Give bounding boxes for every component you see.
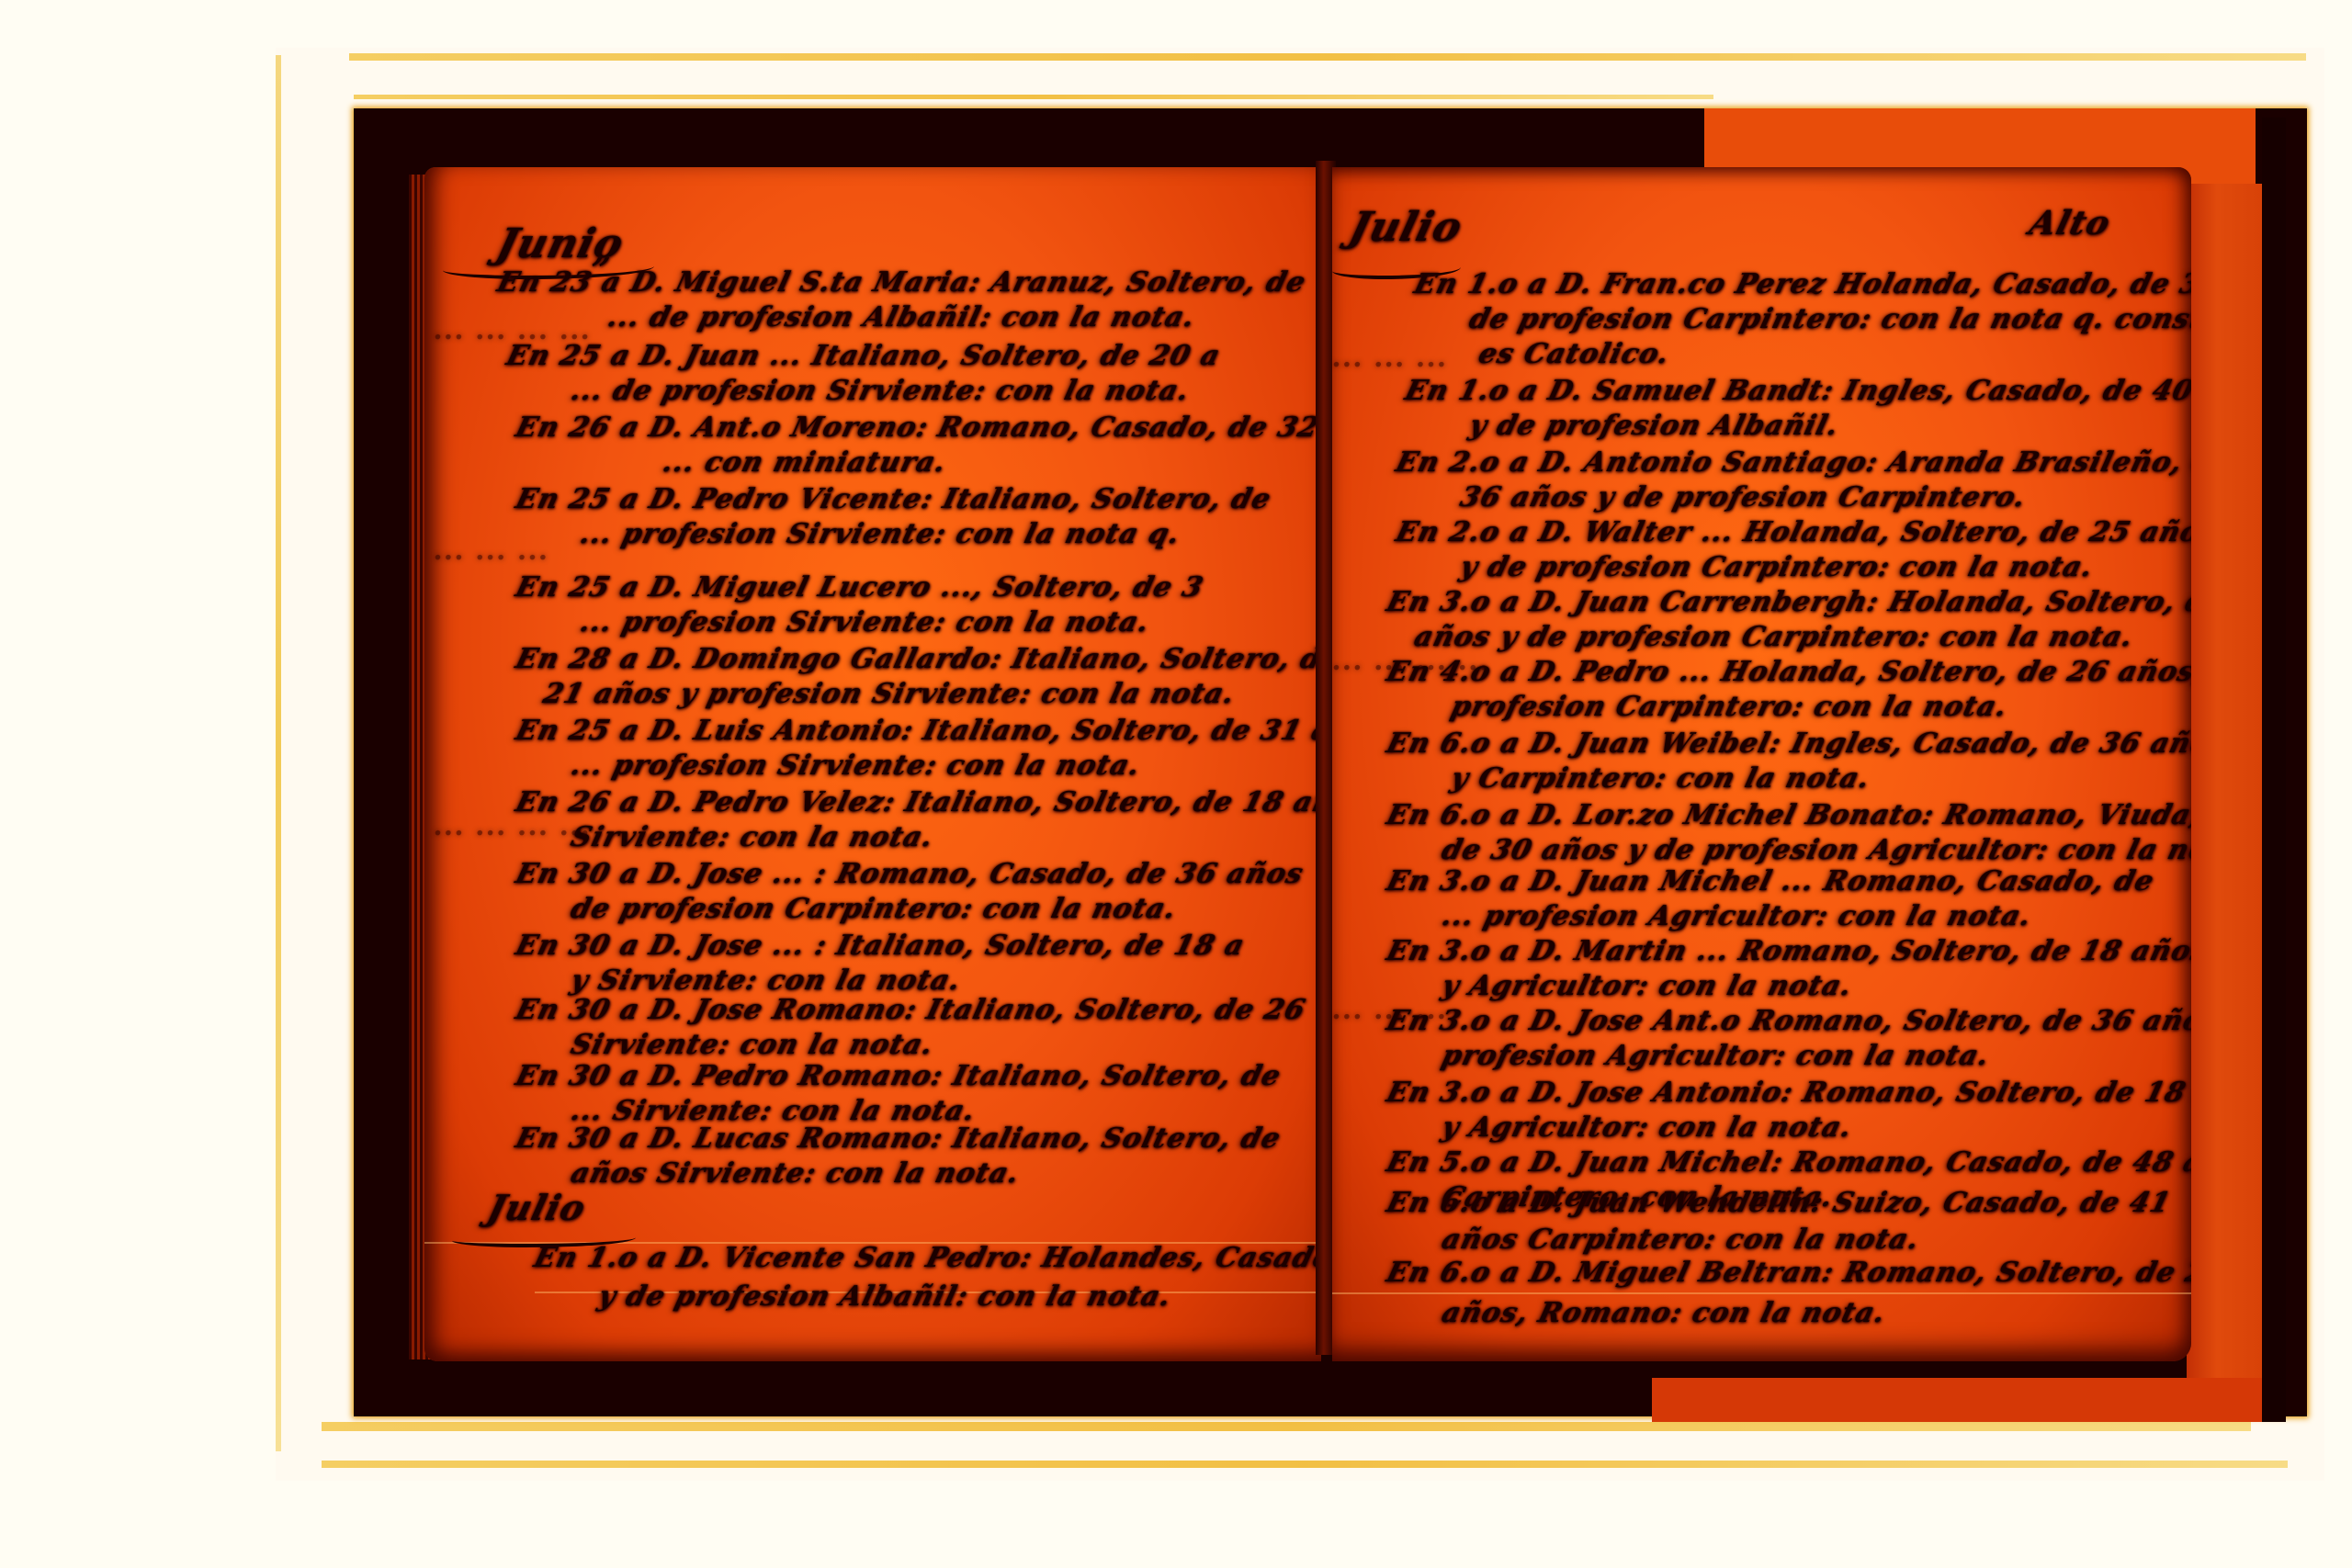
- entry-line: años Sirviente: con la nota.: [568, 1157, 1023, 1190]
- entry-line: y de profesion Carpintero: con la nota.: [1457, 551, 2097, 583]
- entry-line: En 5.o a D. Juan Michel: Romano, Casado,…: [1384, 1146, 2191, 1179]
- entry-line: En 6.o a D. Miguel Beltran: Romano, Solt…: [1384, 1257, 2191, 1289]
- film-edge-top: [349, 53, 2306, 61]
- entry-line: ... profesion Sirviente: con la nota q.: [577, 518, 1184, 550]
- entry-line: y Agricultor: con la nota.: [1439, 1111, 1856, 1144]
- entry-line: En 1.o a D. Samuel Bandt: Ingles, Casado…: [1402, 375, 2191, 407]
- entry-line: ... de profesion Sirviente: con la nota.: [568, 375, 1193, 407]
- entry-line: En 25 a D. Miguel Lucero ..., Soltero, d…: [513, 571, 1207, 604]
- left-page-entries: En 23 a D. Miguel S.ta Maria: Aranuz, So…: [424, 167, 1321, 1361]
- bleed-through-text: ... ... ... ...: [1332, 645, 1494, 677]
- entry-line: años, Romano: con la nota.: [1439, 1297, 1890, 1329]
- entry-line: de profesion Carpintero: con la nota q. …: [1466, 303, 2191, 335]
- bleed-through-text: ... ... ... ...: [430, 314, 595, 346]
- mat-right-edge: [2262, 118, 2286, 1422]
- entry-line: En 3.o a D. Martin ... Romano, Soltero, …: [1384, 935, 2191, 967]
- footer-entry-line: y de profesion Albañil: con la nota.: [595, 1280, 1175, 1313]
- entry-line: En 30 a D. Jose Romano: Italiano, Solter…: [513, 994, 1309, 1026]
- bleed-through-text: ... ... ...: [430, 535, 554, 567]
- entry-line: En 1.o a D. Fran.co Perez Holanda, Casad…: [1411, 268, 2191, 300]
- entry-line: 36 años y de profesion Carpintero.: [1457, 481, 2030, 513]
- mat-bottom-right-exposed: [1652, 1378, 2262, 1422]
- entry-line: ... de profesion Albañil: con la nota.: [605, 301, 1199, 333]
- entry-line: En 26 a D. Pedro Velez: Italiano, Solter…: [513, 786, 1321, 818]
- entry-line: años y de profesion Carpintero: con la n…: [1411, 621, 2137, 653]
- entry-line: de 30 años y de profesion Agricultor: co…: [1439, 834, 2191, 866]
- film-edge-bottom-inner: [322, 1422, 2251, 1431]
- entry-line: profesion Agricultor: con la nota.: [1439, 1040, 1994, 1072]
- entry-line: y de profesion Albañil.: [1466, 410, 1843, 442]
- entry-line: ... profesion Agricultor: con la nota.: [1439, 900, 2035, 932]
- entry-line: Sirviente: con la nota.: [568, 821, 937, 853]
- mat-right-exposed: [2187, 184, 2262, 1378]
- entry-line: En 23 a D. Miguel S.ta Maria: Aranuz, So…: [494, 266, 1310, 299]
- entry-line: En 6.o a D. Juan Wendelin: Suizo, Casado…: [1384, 1187, 2175, 1219]
- film-edge-left: [276, 55, 281, 1451]
- entry-line: En 26 a D. Ant.o Moreno: Romano, Casado,…: [513, 412, 1321, 444]
- entry-line: En 25 a D. Juan ... Italiano, Soltero, d…: [503, 340, 1224, 372]
- entry-line: 21 años y profesion Sirviente: con la no…: [540, 678, 1238, 710]
- film-edge-top-inner: [354, 95, 1713, 99]
- entry-line: Sirviente: con la nota.: [568, 1029, 937, 1061]
- entry-line: y Sirviente: con la nota.: [568, 964, 965, 997]
- entry-line: En 2.o a D. Walter ... Holanda, Soltero,…: [1393, 516, 2191, 548]
- left-page: Junio ” En 23 a D. Miguel S.ta Maria: Ar…: [424, 167, 1321, 1361]
- entry-line: En 30 a D. Lucas Romano: Italiano, Solte…: [513, 1122, 1284, 1155]
- entry-line: ... profesion Sirviente: con la nota.: [577, 606, 1153, 638]
- entry-line: y Agricultor: con la nota.: [1439, 970, 1856, 1002]
- entry-line: En 2.o a D. Antonio Santiago: Aranda Bra…: [1393, 446, 2191, 479]
- entry-line: profesion Carpintero: con la nota.: [1448, 691, 2011, 723]
- entry-line: es Catolico.: [1476, 338, 1673, 370]
- right-page-entries: En 1.o a D. Fran.co Perez Holanda, Casad…: [1332, 167, 2191, 1361]
- month-footer-left: Julio: [483, 1187, 590, 1228]
- entry-line: En 4.o a D. Pedro ... Holanda, Soltero, …: [1384, 656, 2191, 688]
- entry-line: En 30 a D. Jose ... : Romano, Casado, de…: [513, 858, 1307, 890]
- entry-line: En 30 a D. Pedro Romano: Italiano, Solte…: [513, 1060, 1284, 1092]
- bleed-through-text: ... ... ...: [1332, 994, 1452, 1026]
- entry-line: En 3.o a D. Jose Ant.o Romano, Soltero, …: [1384, 1005, 2191, 1037]
- entry-line: En 28 a D. Domingo Gallardo: Italiano, S…: [513, 643, 1321, 675]
- entry-line: años Carpintero: con la nota.: [1439, 1224, 1923, 1256]
- entry-line: En 30 a D. Jose ... : Italiano, Soltero,…: [513, 930, 1249, 962]
- entry-line: En 3.o a D. Juan Michel ... Romano, Casa…: [1384, 865, 2158, 897]
- entry-line: En 6.o a D. Lor.zo Michel Bonato: Romano…: [1384, 799, 2191, 831]
- film-edge-bottom: [322, 1461, 2288, 1468]
- bleed-through-text: ... ... ...: [1332, 342, 1452, 374]
- entry-line: En 25 a D. Luis Antonio: Italiano, Solte…: [513, 715, 1321, 747]
- footer-entry-line: En 1.o a D. Vicente San Pedro: Holandes,…: [531, 1242, 1321, 1274]
- bleed-through-text: ... ... ... ...: [430, 810, 595, 842]
- entry-line: En 3.o a D. Jose Antonio: Romano, Solter…: [1384, 1077, 2191, 1109]
- entry-line: de profesion Carpintero: con la nota.: [568, 893, 1181, 925]
- right-page: Julio Alto En 1.o a D. Fran.co Perez Hol…: [1332, 167, 2191, 1361]
- entry-line: ... con miniatura.: [660, 446, 950, 479]
- entry-line: ... profesion Sirviente: con la nota.: [568, 750, 1144, 782]
- entry-line: En 25 a D. Pedro Vicente: Italiano, Solt…: [513, 483, 1275, 515]
- entry-line: y Carpintero: con la nota.: [1448, 762, 1874, 795]
- entry-line: En 6.o a D. Juan Weibel: Ingles, Casado,…: [1384, 728, 2191, 760]
- entry-line: En 3.o a D. Juan Carrenbergh: Holanda, S…: [1384, 586, 2191, 618]
